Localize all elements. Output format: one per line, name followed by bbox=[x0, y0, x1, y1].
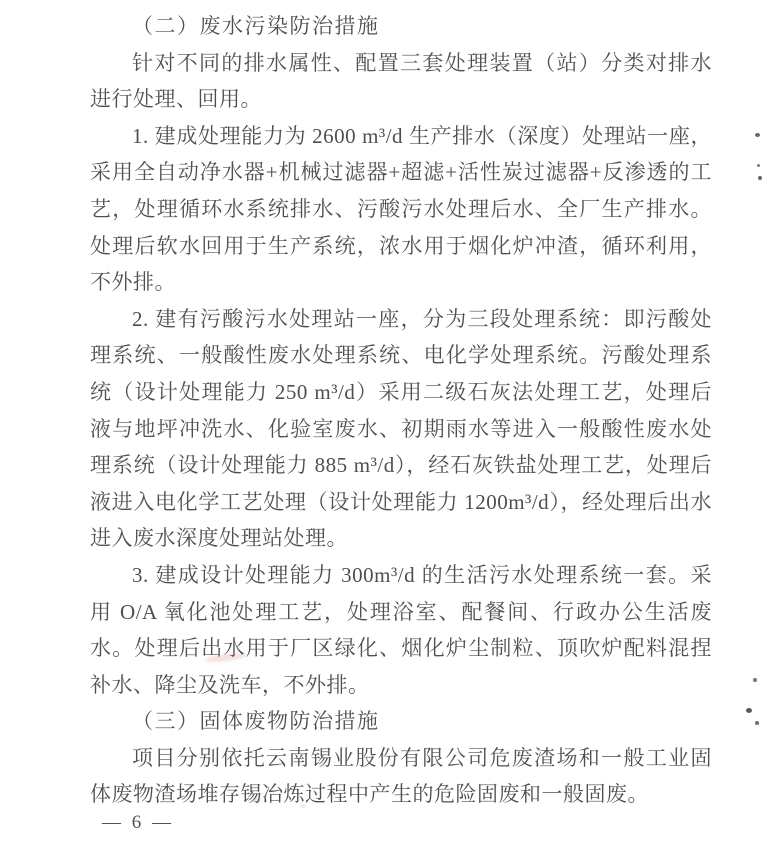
scan-smudge bbox=[300, 804, 306, 808]
scan-speck bbox=[746, 708, 752, 713]
page-number: — 6 — bbox=[102, 812, 174, 834]
section-heading-solid-waste-measures: （三）固体废物防治措施 bbox=[90, 703, 712, 740]
section-heading-wastewater-measures: （二）废水污染防治措施 bbox=[90, 8, 712, 45]
scan-speck bbox=[758, 176, 762, 180]
document-body: （二）废水污染防治措施 针对不同的排水属性、配置三套处理装置（站）分类对排水进行… bbox=[90, 8, 712, 813]
paragraph-item-1-production-wastewater: 1. 建成处理能力为 2600 m³/d 生产排水（深度）处理站一座，采用全自动… bbox=[90, 118, 712, 301]
scan-speck bbox=[755, 721, 759, 725]
scan-red-smudge bbox=[253, 798, 261, 803]
paragraph-item-2-acid-wastewater: 2. 建有污酸污水处理站一座，分为三段处理系统：即污酸处理系统、一般酸性废水处理… bbox=[90, 301, 712, 557]
scan-speck bbox=[755, 133, 760, 137]
scan-speck bbox=[757, 164, 760, 167]
paragraph-solid-waste: 项目分别依托云南锡业股份有限公司危废渣场和一般工业固体废物渣场堆存锡冶炼过程中产… bbox=[90, 740, 712, 813]
scan-speck bbox=[753, 678, 757, 682]
paragraph-intro: 针对不同的排水属性、配置三套处理装置（站）分类对排水进行处理、回用。 bbox=[90, 45, 712, 118]
paragraph-item-3-domestic-sewage: 3. 建成设计处理能力 300m³/d 的生活污水处理系统一套。采用 O/A 氧… bbox=[90, 557, 712, 703]
scanned-document-page: （二）废水污染防治措施 针对不同的排水属性、配置三套处理装置（站）分类对排水进行… bbox=[0, 0, 784, 848]
